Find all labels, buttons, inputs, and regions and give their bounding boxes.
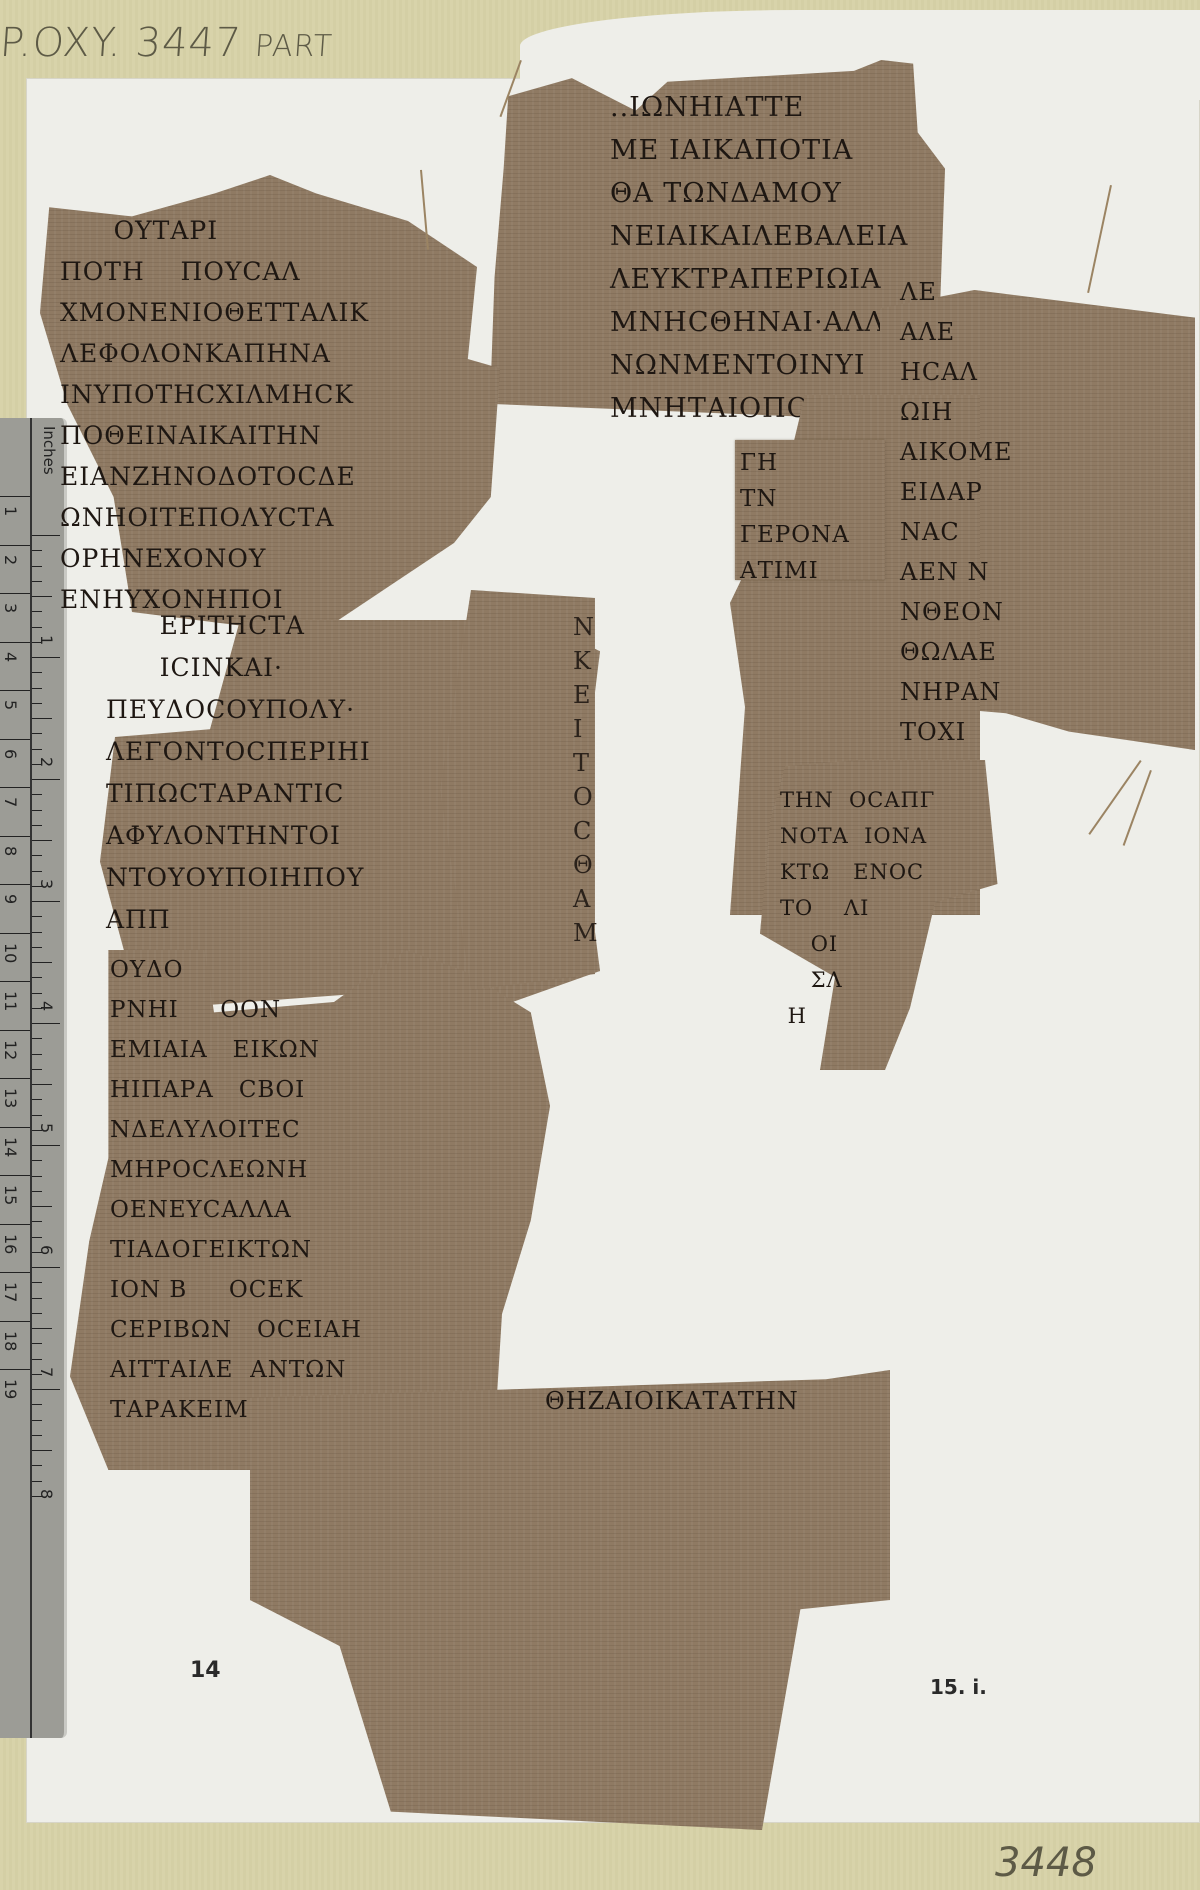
ruler-inch-tick xyxy=(32,825,42,826)
ruler-cm-tick xyxy=(0,545,30,546)
ruler-inch-tick xyxy=(32,1343,42,1344)
ruler-cm-label: 15 xyxy=(1,1185,20,1209)
ruler-inch-tick xyxy=(32,550,42,551)
fragment-label-14: 14 xyxy=(190,1658,221,1683)
ruler-inch-tick xyxy=(32,627,42,628)
papyrus-text-bottom-center: ΘΗΖΑΙΟΙΚΑΤΑΤΗΝ xyxy=(545,1380,799,1423)
ruler-cm-tick xyxy=(0,593,30,594)
ruler-inch-tick xyxy=(32,1481,42,1482)
ruler-cm-label: 13 xyxy=(1,1088,20,1112)
ruler-inch-tick xyxy=(32,749,42,750)
ruler-inch-tick xyxy=(32,779,60,780)
papyrus-text-top-center: ..ΙΩΝΗΙΑΤΤΕ ΜΕ ΙΑΙΚΑΠΟΤΙΑ ΘΑ ΤΩΝΔΑΜΟΥ ΝΕ… xyxy=(610,86,908,430)
ruler-cm-tick xyxy=(0,642,30,643)
ruler-inch-tick xyxy=(32,1420,42,1421)
papyrus-text-top-left: ΟΥΤΑΡΙ ΠΟΤΗ ΠΟΥCΑΛ ΧΜΟΝΕΝΙΟΘΕΤΤΑΛΙΚ ΛΕΦΟ… xyxy=(60,210,369,620)
ruler-inch-label: 3 xyxy=(37,879,56,889)
ruler-cm-tick xyxy=(0,1175,30,1176)
ruler-cm-label: 12 xyxy=(1,1040,20,1064)
ruler-cm-label: 17 xyxy=(1,1282,20,1306)
ruler-inch-tick xyxy=(32,810,42,811)
ruler-cm-tick xyxy=(0,1078,30,1079)
ruler-cm-label: 16 xyxy=(1,1234,20,1258)
papyrus-text-middle-left: ΕΡΙΤΗCΤΑ ΙCΙΝΚΑΙ· ΠΕΥΔΟCΟΥΠΟΛΥ· ΛΕΓΟΝΤΟC… xyxy=(106,605,371,941)
ruler-inch-tick xyxy=(32,703,42,704)
ruler-cm-label: 3 xyxy=(1,603,20,627)
ruler-inch-tick xyxy=(32,1465,42,1466)
ruler-cm-tick xyxy=(0,933,30,934)
ruler-cm-label: 1 xyxy=(1,506,20,530)
ruler-inch-tick xyxy=(32,1267,60,1268)
ruler-inch-tick xyxy=(32,1404,42,1405)
ruler-inch-tick xyxy=(32,1099,42,1100)
ruler-cm-tick xyxy=(0,1224,30,1225)
ruler-inch-tick xyxy=(32,962,52,963)
ruler-cm-label: 6 xyxy=(1,749,20,773)
papyrus-fragment-vertical-strip xyxy=(440,590,595,990)
ruler-inch-tick xyxy=(32,1023,60,1024)
ruler-cm-label: 19 xyxy=(1,1379,20,1403)
ruler-cm-tick xyxy=(0,884,30,885)
ruler-cm-label: 5 xyxy=(1,700,20,724)
ruler-inch-label: 2 xyxy=(37,757,56,767)
ruler-inch-tick xyxy=(32,1054,42,1055)
ruler-cm-label: 4 xyxy=(1,652,20,676)
ruler-inch-tick xyxy=(32,932,42,933)
ruler-cm-label: 18 xyxy=(1,1331,20,1355)
catalog-number: P.OXY. 3447 xyxy=(0,20,243,66)
ruler-inch-tick xyxy=(32,1176,42,1177)
ruler-inch-tick xyxy=(32,871,42,872)
ruler-inch-label: 5 xyxy=(37,1123,56,1133)
ruler-inch-tick xyxy=(32,1435,42,1436)
ruler-inch-tick xyxy=(32,1115,42,1116)
ruler-cm-tick xyxy=(0,981,30,982)
ruler-inch-tick xyxy=(32,688,42,689)
ruler-cm-tick xyxy=(0,739,30,740)
ruler-inch-tick xyxy=(32,1191,42,1192)
ruler-inch-tick xyxy=(32,1359,42,1360)
ruler-cm-tick xyxy=(0,1127,30,1128)
papyrus-text-right-column: ΛΕ ΑΛΕ ΗCΑΛ ΩΙΗ ΑΙΚΟΜΕ ΕΙΔΑΡ ΝΑC ΑΕΝ Ν Ν… xyxy=(900,272,1013,752)
ruler-inch-tick xyxy=(32,596,52,597)
ruler-inch-label: 7 xyxy=(37,1367,56,1377)
ruler-cm-label: 11 xyxy=(1,991,20,1015)
ruler-inch-tick xyxy=(32,1084,52,1085)
ruler-inch-tick xyxy=(32,1313,42,1314)
ruler-inch-tick xyxy=(32,1237,42,1238)
ruler-inch-tick xyxy=(32,1069,42,1070)
ruler-inch-tick xyxy=(32,947,42,948)
handwritten-number-bottom-right: 3448 xyxy=(995,1840,1097,1886)
ruler-inch-tick xyxy=(32,1282,42,1283)
ruler-inch-tick xyxy=(32,901,60,902)
ruler-inch-tick xyxy=(32,794,42,795)
ruler-cm-label: 9 xyxy=(1,894,20,918)
ruler-inch-tick xyxy=(32,1160,42,1161)
ruler-inch-tick xyxy=(32,535,60,536)
ruler-inch-label: 8 xyxy=(37,1489,56,1499)
ruler-inch-tick xyxy=(32,657,60,658)
ruler-inch-tick xyxy=(32,611,42,612)
ruler-cm-tick xyxy=(0,690,30,691)
ruler-inch-tick xyxy=(32,855,42,856)
ruler-inch-label: 6 xyxy=(37,1245,56,1255)
ruler-inch-tick xyxy=(32,977,42,978)
ruler-inch-tick xyxy=(32,1221,42,1222)
ruler-inch-label: 4 xyxy=(37,1001,56,1011)
ruler-inch-tick xyxy=(32,672,42,673)
ruler-inch-tick xyxy=(32,1038,42,1039)
ruler-cm-label: 7 xyxy=(1,797,20,821)
catalog-label: P.OXY. 3447 PART xyxy=(0,20,335,66)
ruler-inch-tick xyxy=(32,1298,42,1299)
ruler-inch-tick xyxy=(32,916,42,917)
ruler-units-label: Inches xyxy=(40,426,58,475)
ruler-inch-tick xyxy=(32,993,42,994)
ruler-inch-tick xyxy=(32,566,42,567)
ruler-cm-tick xyxy=(0,787,30,788)
ruler-inch-tick xyxy=(32,1206,52,1207)
ruler-cm-tick xyxy=(0,1321,30,1322)
papyrus-text-right-small: ΓΗ ΤΝ ΓΕΡΟΝΑ ΑΤΙΜΙ xyxy=(740,445,850,589)
ruler-center-line xyxy=(30,418,32,1738)
ruler-cm-label: 2 xyxy=(1,555,20,579)
ruler-cm-tick xyxy=(0,1030,30,1031)
papyrus-text-vertical-strip: Ν Κ Ε Ι Τ Ο C Θ Α Μ xyxy=(573,610,593,950)
ruler-cm-label: 14 xyxy=(1,1137,20,1161)
ruler-inch-tick xyxy=(32,1450,52,1451)
ruler-cm-tick xyxy=(0,836,30,837)
papyrus-text-lower-right: ΤΗΝ ΟCΑΠΓ ΝΟΤΑ ΙΟΝΑ ΚΤΩ ΕΝΟC ΤΟ ΛΙ ΟΙ ΣΛ… xyxy=(780,782,935,1034)
ruler-inch-tick xyxy=(32,1389,60,1390)
ruler-cm-label: 8 xyxy=(1,846,20,870)
ruler-cm-label: 10 xyxy=(1,943,20,967)
measuring-ruler: Inches 123456789101112131415161718191234… xyxy=(0,418,67,1738)
ruler-inch-tick xyxy=(32,1328,52,1329)
ruler-inch-tick xyxy=(32,733,42,734)
ruler-cm-tick xyxy=(0,496,30,497)
ruler-inch-tick xyxy=(32,581,42,582)
ruler-inch-tick xyxy=(32,840,52,841)
ruler-cm-tick xyxy=(0,1369,30,1370)
catalog-suffix: PART xyxy=(254,29,334,64)
fragment-label-15i: 15. i. xyxy=(930,1675,987,1699)
ruler-inch-label: 1 xyxy=(37,635,56,645)
ruler-inch-tick xyxy=(32,1145,60,1146)
ruler-cm-tick xyxy=(0,1272,30,1273)
papyrus-text-lower-left: ΟΥΔΟ ΡΝΗΙ ΟΟΝ ΕΜΙΑΙΑ ΕΙΚΩΝ ΗΙΠΑΡΑ CΒΟΙ Ν… xyxy=(110,950,362,1430)
ruler-inch-tick xyxy=(32,718,52,719)
